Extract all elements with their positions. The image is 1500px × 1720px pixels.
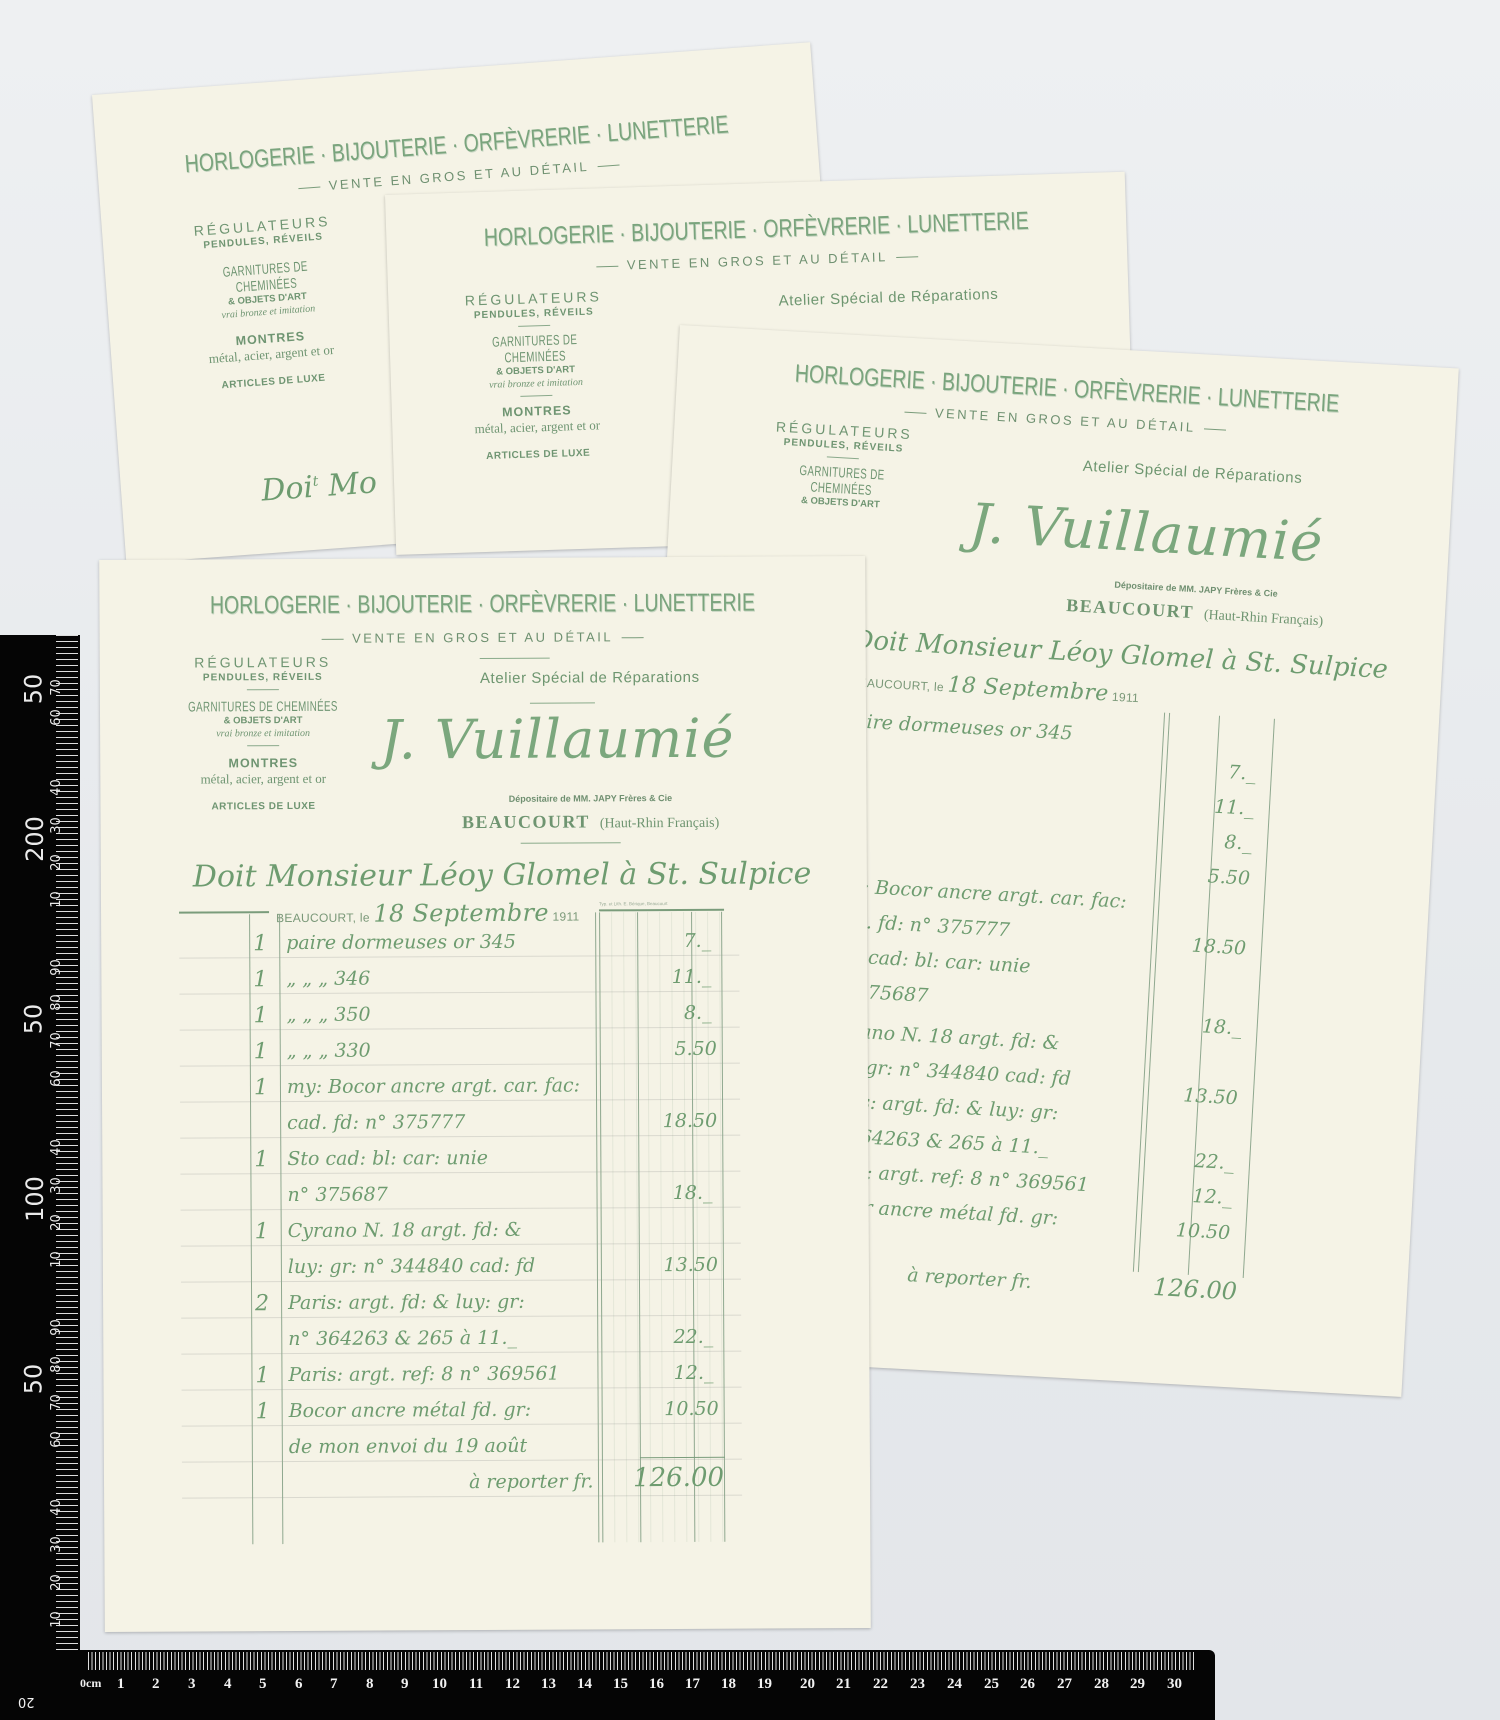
- left-column: RÉGULATEURS PENDULES, RÉVEILS GARNITURES…: [148, 654, 379, 813]
- invoice-sheet-front[interactable]: HORLOGERIE · BIJOUTERIE · ORFÈVRERIE · L…: [99, 556, 871, 1632]
- depositaire-text: Dépositaire de MM. JAPY Frères & Cie: [380, 792, 800, 804]
- city-line: BEAUCOURT(Haut-Rhin Français): [381, 810, 801, 833]
- vrai-text: vrai bronze et imitation: [148, 728, 378, 740]
- signature-logo: J. Vuillaumié: [380, 707, 735, 772]
- reg-text: RÉGULATEURS: [148, 654, 378, 671]
- atelier-text: Atelier Spécial de Réparations: [390, 668, 790, 687]
- item-qty: 1: [253, 931, 267, 956]
- left-column: RÉGULATEURS PENDULES, RÉVEILS GARNITURES…: [740, 417, 944, 514]
- place-date: BEAUCOURT, le 18 Septembre 1911: [850, 667, 1140, 708]
- letterhead-subtitle: VENTE EN GROS ET AU DÉTAIL: [100, 628, 866, 647]
- greek-key-divider: [521, 842, 621, 844]
- letterhead-title: HORLOGERIE · BIJOUTERIE · ORFÈVRERIE · L…: [184, 588, 782, 620]
- date-handwritten: 18 Septembre: [373, 899, 549, 928]
- printer-credit: Typ. et Lith. E. Bérique, Beaucourt: [599, 901, 668, 906]
- obj-text: & OBJETS D'ART: [148, 715, 378, 727]
- left-column: RÉGULATEURS PENDULES, RÉVEILS GARNITURES…: [433, 287, 638, 463]
- carry-label: à reporter fr.: [907, 1264, 1032, 1293]
- place-date: BEAUCOURT, le 18 Septembre 1911: [276, 899, 580, 929]
- articles-text: ARTICLES DE LUXE: [148, 801, 378, 813]
- atelier-text: Atelier Spécial de Réparations: [688, 283, 1088, 313]
- total-amount: 126.00: [624, 1463, 724, 1494]
- doit-line-partial: Doit Mo: [260, 465, 378, 508]
- item-amount: 7._: [641, 930, 711, 952]
- atelier-text: Atelier Spécial de Réparations: [992, 453, 1392, 492]
- item-desc: paire dormeuses or 345: [286, 931, 516, 954]
- garn-text: GARNITURES DE CHEMINÉES: [182, 698, 343, 715]
- ornament-divider-2: [530, 702, 595, 703]
- montres-text: MONTRES: [148, 756, 378, 771]
- doit-line[interactable]: Doit Monsieur Léoy Glomel à St. Sulpice: [193, 856, 812, 894]
- horizontal-ruler: 0cm 1 2 3 4 5 6 7 8 9 10 11 12 13 14 15 …: [0, 1650, 1215, 1720]
- ornament-divider: [480, 658, 550, 659]
- pend-text: PENDULES, RÉVEILS: [148, 672, 378, 684]
- ruler-ticks: [88, 1652, 1195, 1670]
- vertical-ruler: 70 60 50 40 30 20 10 200 90 80 70 60 50 …: [0, 635, 80, 1665]
- left-column: RÉGULATEURS PENDULES, RÉVEILS GARNITURES…: [162, 211, 374, 395]
- corner-label: 20: [18, 1694, 35, 1709]
- carry-label: à reporter fr.: [469, 1470, 594, 1493]
- metal-text: métal, acier, argent et or: [148, 771, 378, 788]
- total-amount: 126.00: [1146, 1273, 1237, 1306]
- signature-logo: J. Vuillaumié: [968, 492, 1325, 575]
